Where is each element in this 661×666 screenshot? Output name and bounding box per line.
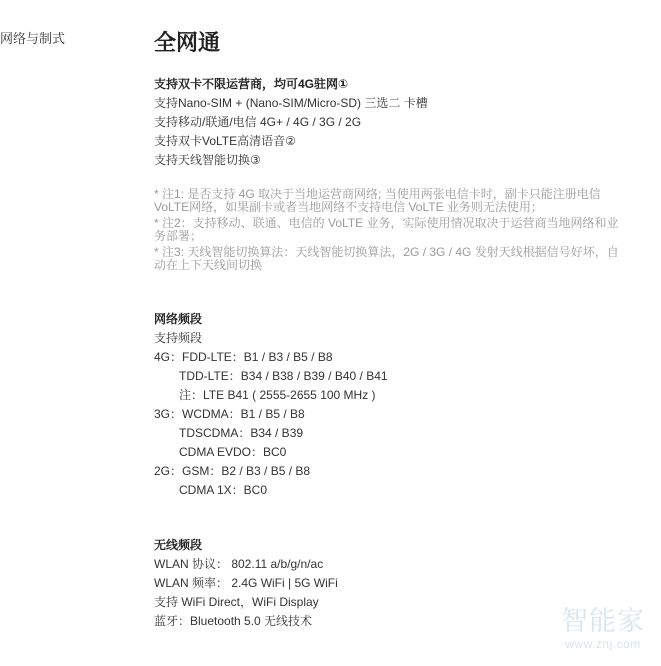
bluetooth: 蓝牙：Bluetooth 5.0 无线技术: [154, 612, 338, 631]
feature-item: 支持Nano-SIM + (Nano-SIM/Micro-SD) 三选二 卡槽: [154, 94, 428, 113]
watermark-logo-text: 智能家: [553, 607, 653, 637]
section-label-network: 网络与制式: [0, 30, 65, 48]
band-line-3g-tdscdma: TDSCDMA：B34 / B39: [154, 424, 388, 443]
watermark: 智能家 www.znj.com: [553, 607, 653, 651]
feature-item: 支持双卡VoLTE高清语音②: [154, 132, 428, 151]
feature-heading: 支持双卡不限运营商，均可4G驻网①: [154, 75, 428, 94]
band-line-2g-cdma: CDMA 1X：BC0: [154, 481, 388, 500]
footnotes: * 注1: 是否支持 4G 取决于当地运营商网络; 当使用两张电信卡时，副卡只能…: [154, 188, 624, 275]
watermark-url: www.znj.com: [553, 637, 653, 651]
band-line-4g-note: 注：LTE B41 ( 2555-2655 100 MHz ): [154, 386, 388, 405]
wifi-direct: 支持 WiFi Direct，WiFi Display: [154, 593, 338, 612]
band-line-2g-gsm: 2G：GSM：B2 / B3 / B5 / B8: [154, 462, 388, 481]
band-line-4g-fdd: 4G：FDD-LTE：B1 / B3 / B5 / B8: [154, 348, 388, 367]
feature-item: 支持天线智能切换③: [154, 151, 428, 170]
network-bands-heading: 网络频段: [154, 310, 388, 329]
footnote-3: * 注3: 天线智能切换算法：天线智能切换算法，2G / 3G / 4G 发射天…: [154, 246, 624, 272]
footnote-2: * 注2：支持移动、联通、电信的 VoLTE 业务，实际使用情况取决于运营商当地…: [154, 217, 624, 243]
band-line-3g-evdo: CDMA EVDO：BC0: [154, 443, 388, 462]
network-bands-subheading: 支持频段: [154, 329, 388, 348]
feature-item: 支持移动/联通/电信 4G+ / 4G / 3G / 2G: [154, 113, 428, 132]
band-line-4g-tdd: TDD-LTE：B34 / B38 / B39 / B40 / B41: [154, 367, 388, 386]
wireless-bands-section: 无线频段 WLAN 协议： 802.11 a/b/g/n/ac WLAN 频率：…: [154, 536, 338, 631]
wireless-bands-heading: 无线频段: [154, 536, 338, 555]
band-line-3g-wcdma: 3G：WCDMA：B1 / B5 / B8: [154, 405, 388, 424]
feature-list: 支持双卡不限运营商，均可4G驻网① 支持Nano-SIM + (Nano-SIM…: [154, 75, 428, 170]
footnote-1: * 注1: 是否支持 4G 取决于当地运营商网络; 当使用两张电信卡时，副卡只能…: [154, 188, 624, 214]
page-title: 全网通: [154, 28, 220, 58]
wlan-protocol: WLAN 协议： 802.11 a/b/g/n/ac: [154, 555, 338, 574]
wlan-frequency: WLAN 频率： 2.4G WiFi | 5G WiFi: [154, 574, 338, 593]
network-bands-section: 网络频段 支持频段 4G：FDD-LTE：B1 / B3 / B5 / B8 T…: [154, 310, 388, 500]
